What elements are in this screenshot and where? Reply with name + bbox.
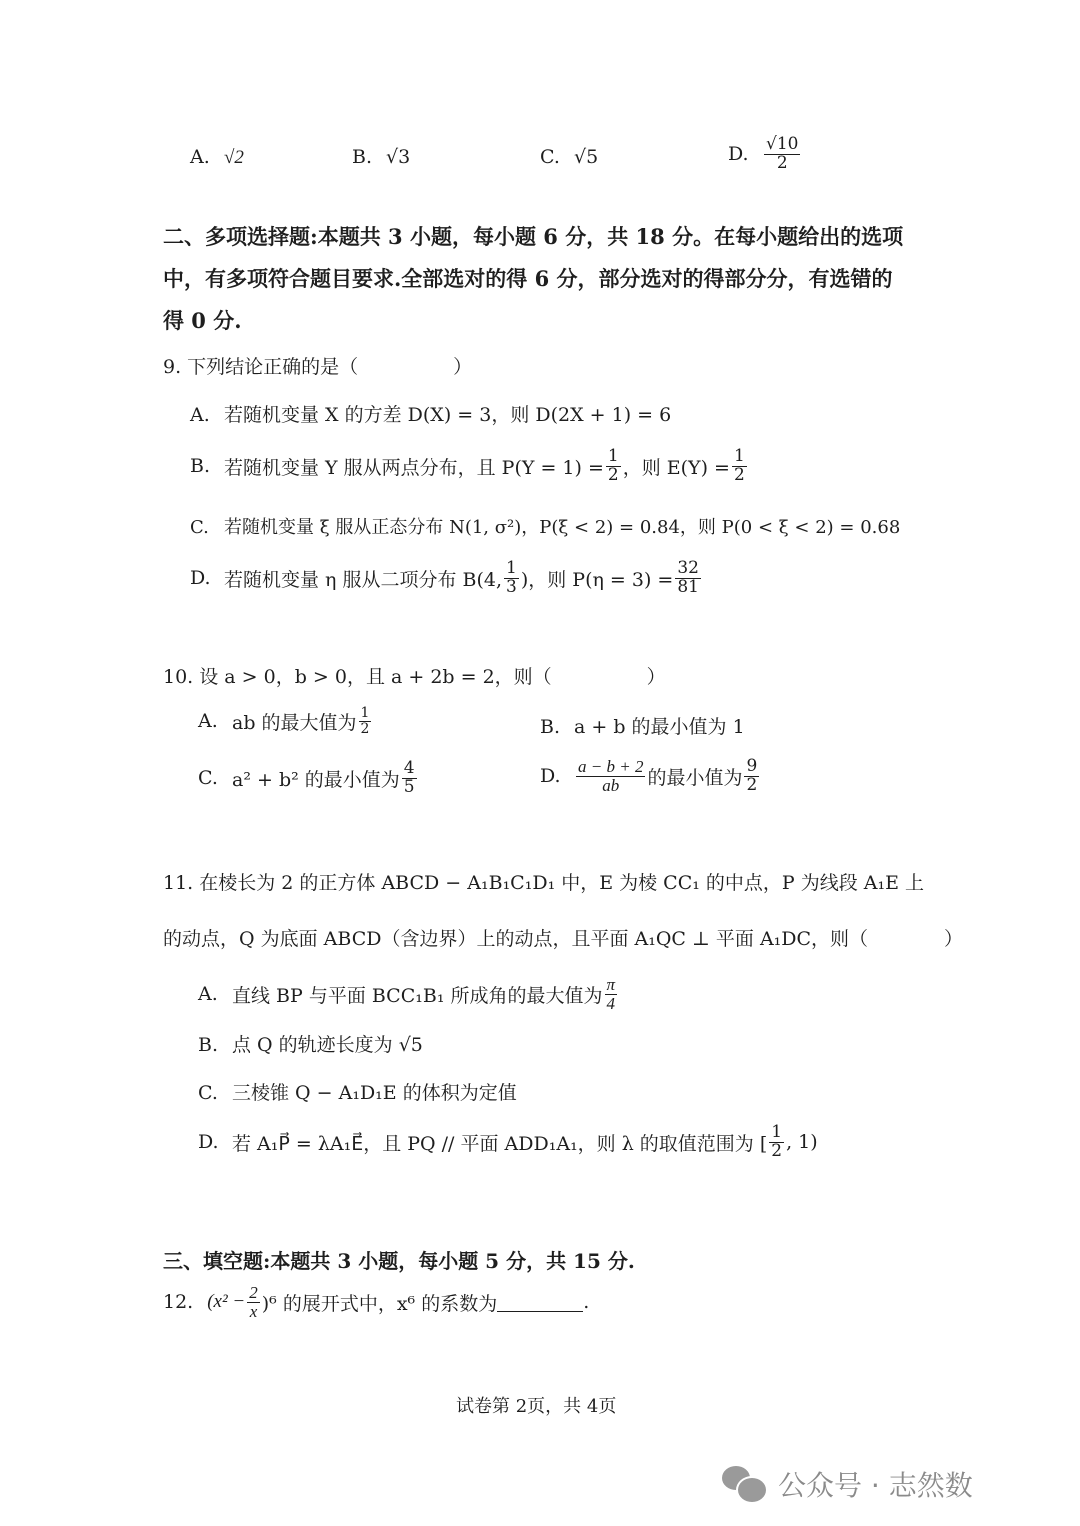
page-footer: 试卷第 2页，共 4页: [456, 1392, 616, 1418]
q11-stem-line1: 11. 在棱长为 2 的正方体 ABCD − A₁B₁C₁D₁ 中，E 为棱 C…: [163, 868, 924, 895]
q10-option-d: D. a − b + 2ab 的最小值为 92: [540, 758, 761, 795]
fraction: 2x: [247, 1284, 260, 1321]
option-text: 直线 BP 与平面 BCC₁B₁ 所成角的最大值为: [232, 981, 603, 1008]
expression: )⁶ 的展开式中，x⁶ 的系数为: [262, 1289, 497, 1316]
option-label: B.: [352, 146, 386, 168]
fraction: 3281: [675, 560, 701, 597]
option-label: A.: [198, 710, 232, 732]
option-label: A.: [190, 404, 224, 426]
watermark: 公众号 · 志然数: [722, 1464, 973, 1504]
fraction: 12: [732, 448, 747, 485]
denominator: 2: [359, 722, 372, 737]
option-text: 若随机变量 ξ 服从正态分布 N(1, σ²)，P(ξ < 2) = 0.84，…: [224, 517, 900, 538]
heading-line: 二、多项选择题:本题共 3 小题，每小题 6 分，共 18 分。在每小题给出的选…: [163, 216, 903, 258]
option-label: B.: [540, 716, 574, 738]
expression: (x² −: [207, 1291, 245, 1313]
option-text: 点 Q 的轨迹长度为 √5: [232, 1034, 423, 1056]
option-label: D.: [540, 765, 574, 787]
option-label: D.: [198, 1131, 232, 1153]
fraction: 45: [402, 760, 417, 797]
option-text: ab 的最大值为: [232, 708, 357, 735]
option-text: 若随机变量 X 的方差 D(X) = 3，则 D(2X + 1) = 6: [224, 404, 671, 426]
q8-option-c: C.√5: [540, 146, 598, 168]
option-text: , 1): [786, 1131, 818, 1153]
denominator: 81: [675, 579, 701, 597]
option-label: A.: [190, 146, 224, 168]
denominator: 2: [775, 155, 790, 173]
denominator: 2: [606, 467, 621, 485]
option-expr: √5: [574, 146, 598, 168]
q10-option-b: B.a + b 的最小值为 1: [540, 712, 745, 739]
fraction: a − b + 2ab: [576, 758, 645, 795]
q10-stem: 10. 设 a > 0，b > 0，且 a + 2b = 2，则（ ）: [163, 662, 666, 689]
option-label: C.: [190, 517, 224, 538]
option-text: a² + b² 的最小值为: [232, 765, 400, 792]
option-text: ，则 E(Y) =: [623, 453, 730, 480]
q10-option-c: C. a² + b² 的最小值为 45: [198, 760, 419, 797]
denominator: ab: [600, 777, 621, 795]
denominator: 2: [744, 777, 759, 795]
option-expr: √3: [386, 146, 410, 168]
fraction: 92: [744, 758, 759, 795]
q8-option-a: A.√2: [190, 146, 244, 169]
option-label: C.: [198, 1082, 232, 1104]
option-text: 的最小值为: [647, 763, 742, 790]
numerator: 1: [359, 706, 372, 722]
fraction: π4: [605, 976, 618, 1013]
q11-option-b: B.点 Q 的轨迹长度为 √5: [198, 1030, 423, 1057]
option-label: A.: [198, 983, 232, 1005]
denominator: 4: [605, 995, 618, 1013]
question-number: 12.: [163, 1291, 193, 1313]
q9-option-c: C.若随机变量 ξ 服从正态分布 N(1, σ²)，P(ξ < 2) = 0.8…: [190, 513, 900, 539]
answer-blank[interactable]: [497, 1293, 583, 1312]
option-text: 若随机变量 Y 服从两点分布，且 P(Y = 1) =: [224, 453, 604, 480]
option-expr: √2: [224, 147, 244, 168]
option-label: B.: [198, 1034, 232, 1056]
period: .: [583, 1291, 589, 1313]
watermark-text: 公众号 · 志然数: [778, 1464, 973, 1504]
heading-line: 中，有多项符合题目要求.全部选对的得 6 分，部分选对的得部分分，有选错的: [163, 258, 903, 300]
fraction: √102: [764, 136, 800, 173]
fraction: 13: [504, 560, 519, 597]
option-text: 三棱锥 Q − A₁D₁E 的体积为定值: [232, 1082, 517, 1104]
option-text: )，则 P(η = 3) =: [521, 565, 674, 592]
option-label: B.: [190, 455, 224, 477]
option-label: C.: [198, 767, 232, 789]
q9-option-a: A.若随机变量 X 的方差 D(X) = 3，则 D(2X + 1) = 6: [190, 400, 671, 427]
q10-option-a: A. ab 的最大值为 12: [198, 706, 373, 736]
numerator: a − b + 2: [576, 758, 645, 777]
q9-option-d: D. 若随机变量 η 服从二项分布 B(4, 13 )，则 P(η = 3) =…: [190, 560, 703, 597]
q9-stem: 9. 下列结论正确的是（ ）: [163, 352, 472, 379]
option-label: C.: [540, 146, 574, 168]
q11-option-a: A. 直线 BP 与平面 BCC₁B₁ 所成角的最大值为 π4: [198, 976, 619, 1013]
q11-stem-line2: 的动点，Q 为底面 ABCD（含边界）上的动点，且平面 A₁QC ⊥ 平面 A₁…: [163, 924, 963, 951]
fraction: 12: [606, 448, 621, 485]
option-label: D.: [728, 143, 762, 165]
wechat-icon: [722, 1464, 768, 1504]
denominator: 5: [402, 779, 417, 797]
denominator: 2: [769, 1143, 784, 1161]
option-text: 若随机变量 η 服从二项分布 B(4,: [224, 565, 502, 592]
q8-option-b: B.√3: [352, 146, 410, 168]
option-label: D.: [190, 567, 224, 589]
q11-option-d: D. 若 A₁P⃗ = λA₁E⃗，且 PQ // 平面 ADD₁A₁，则 λ …: [198, 1124, 818, 1161]
numerator: π: [605, 976, 618, 995]
q8-option-d: D. √102: [728, 136, 802, 173]
numerator: 2: [247, 1284, 260, 1303]
option-text: 若 A₁P⃗ = λA₁E⃗，且 PQ // 平面 ADD₁A₁，则 λ 的取值…: [232, 1129, 767, 1156]
heading-line: 得 0 分.: [163, 300, 903, 342]
option-text: a + b 的最小值为 1: [574, 716, 745, 738]
q11-option-c: C.三棱锥 Q − A₁D₁E 的体积为定值: [198, 1078, 517, 1105]
section-2-heading: 二、多项选择题:本题共 3 小题，每小题 6 分，共 18 分。在每小题给出的选…: [163, 216, 903, 342]
fraction: 12: [769, 1124, 784, 1161]
q9-option-b: B. 若随机变量 Y 服从两点分布，且 P(Y = 1) = 12 ，则 E(Y…: [190, 448, 749, 485]
q12-stem: 12. (x² − 2x )⁶ 的展开式中，x⁶ 的系数为 .: [163, 1284, 589, 1321]
denominator: 3: [504, 579, 519, 597]
denominator: 2: [732, 467, 747, 485]
section-3-heading: 三、填空题:本题共 3 小题，每小题 5 分，共 15 分.: [163, 1240, 635, 1282]
denominator: x: [248, 1303, 260, 1321]
fraction: 12: [359, 706, 372, 736]
